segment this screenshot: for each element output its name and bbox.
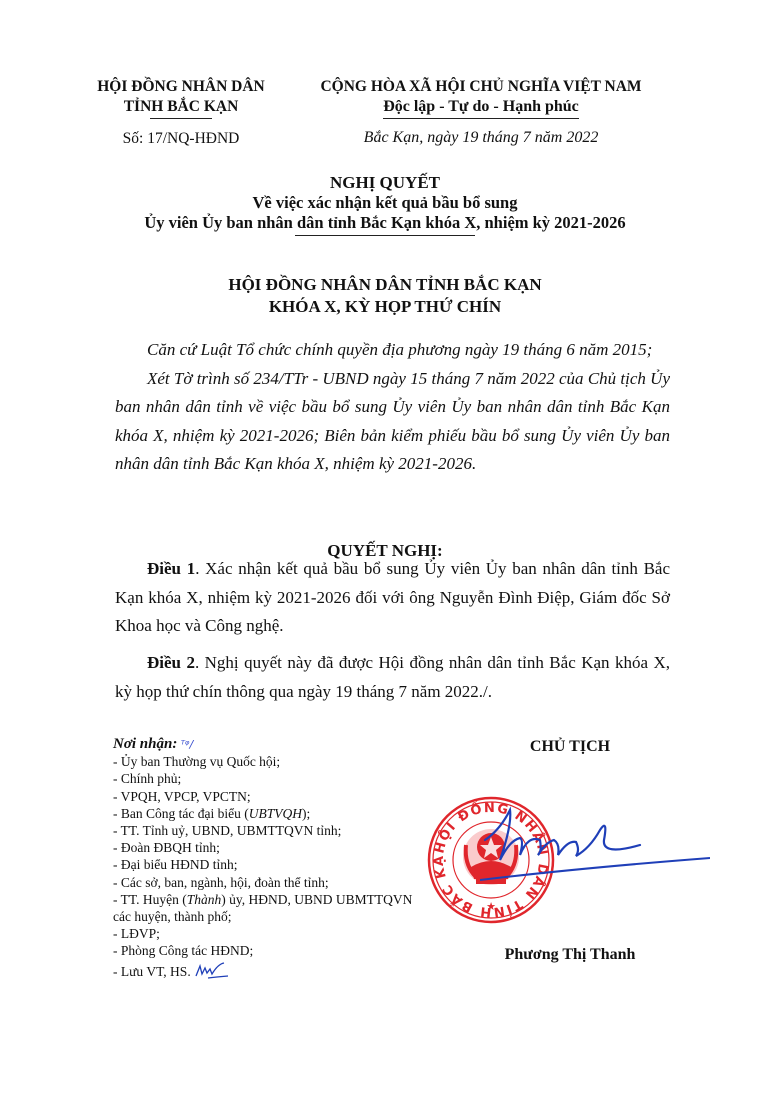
recipients-list: Nơi nhận: ᵀᵠ/ - Ủy ban Thường vụ Quốc hộ… <box>113 735 413 980</box>
title-underline <box>295 235 475 236</box>
article-1-text: . Xác nhận kết quả bầu bổ sung Ủy viên Ủ… <box>115 559 670 635</box>
national-name: CỘNG HÒA XÃ HỘI CHỦ NGHĨA VIỆT NAM <box>318 77 644 97</box>
signature-icon <box>480 800 710 890</box>
recipient-item: - Đoàn ĐBQH tỉnh; <box>113 839 413 856</box>
article-1-label: Điều 1 <box>147 559 195 578</box>
recipient-item: - TT. Tỉnh uỷ, UBND, UBMTTQVN tỉnh; <box>113 822 413 839</box>
national-motto: Độc lập - Tự do - Hạnh phúc <box>383 97 579 119</box>
issuer-block: HỘI ĐỒNG NHÂN DÂN TỈNH BẮC KẠN Số: 17/NQ… <box>82 77 280 149</box>
issuer-underline <box>150 118 212 119</box>
document-title-block: NGHỊ QUYẾT Về việc xác nhận kết quả bầu … <box>0 172 770 236</box>
recipient-item: - LĐVP; <box>113 925 413 942</box>
preamble-basis: Căn cứ Luật Tổ chức chính quyền địa phươ… <box>115 336 670 365</box>
issuer-name: HỘI ĐỒNG NHÂN DÂN <box>82 77 280 97</box>
signer-title: CHỦ TỊCH <box>470 738 670 756</box>
initials-mark: ᵀᵠ/ <box>181 738 194 751</box>
document-number: Số: 17/NQ-HĐND <box>82 129 280 149</box>
recipient-item: - Ủy ban Thường vụ Quốc hội; <box>113 753 413 770</box>
recipient-item: - Lưu VT, HS. <box>113 960 413 980</box>
article-1: Điều 1. Xác nhận kết quả bầu bổ sung Ủy … <box>115 555 670 641</box>
issuer-province: TỈNH BẮC KẠN <box>82 97 280 117</box>
article-2-text: . Nghị quyết này đã được Hội đồng nhân d… <box>115 653 670 701</box>
place-date: Bắc Kạn, ngày 19 tháng 7 năm 2022 <box>318 128 644 148</box>
council-session: KHÓA X, KỲ HỌP THỨ CHÍN <box>0 296 770 318</box>
recipient-item: - Các sở, ban, ngành, hội, đoàn thể tỉnh… <box>113 874 413 891</box>
recipient-item: - Phòng Công tác HĐND; <box>113 942 413 959</box>
recipient-item: - Ban Công tác đại biểu (UBTVQH); <box>113 805 413 822</box>
article-2-label: Điều 2 <box>147 653 195 672</box>
recipient-item: - Đại biểu HĐND tỉnh; <box>113 856 413 873</box>
recipient-item: - VPQH, VPCP, VPCTN; <box>113 788 413 805</box>
council-heading: HỘI ĐỒNG NHÂN DÂN TỈNH BẮC KẠN KHÓA X, K… <box>0 274 770 318</box>
recipients-label: Nơi nhận <box>113 736 172 752</box>
document-type: NGHỊ QUYẾT <box>0 172 770 193</box>
signer-name: Phương Thị Thanh <box>470 946 670 964</box>
council-name: HỘI ĐỒNG NHÂN DÂN TỈNH BẮC KẠN <box>0 274 770 296</box>
document-subject-line2: Ủy viên Ủy ban nhân dân tỉnh Bắc Kạn khó… <box>0 213 770 233</box>
svg-text:★: ★ <box>486 900 496 913</box>
article-2: Điều 2. Nghị quyết này đã được Hội đồng … <box>115 649 670 706</box>
recipient-item: - TT. Huyện (Thành) ủy, HĐND, UBND UBMTT… <box>113 891 413 925</box>
preamble-consideration: Xét Tờ trình số 234/TTr - UBND ngày 15 t… <box>115 365 670 479</box>
document-subject-line1: Về việc xác nhận kết quả bầu bổ sung <box>0 193 770 213</box>
initials-scribble-icon <box>194 960 230 980</box>
national-header: CỘNG HÒA XÃ HỘI CHỦ NGHĨA VIỆT NAM Độc l… <box>318 77 644 148</box>
recipient-item: - Chính phủ; <box>113 770 413 787</box>
